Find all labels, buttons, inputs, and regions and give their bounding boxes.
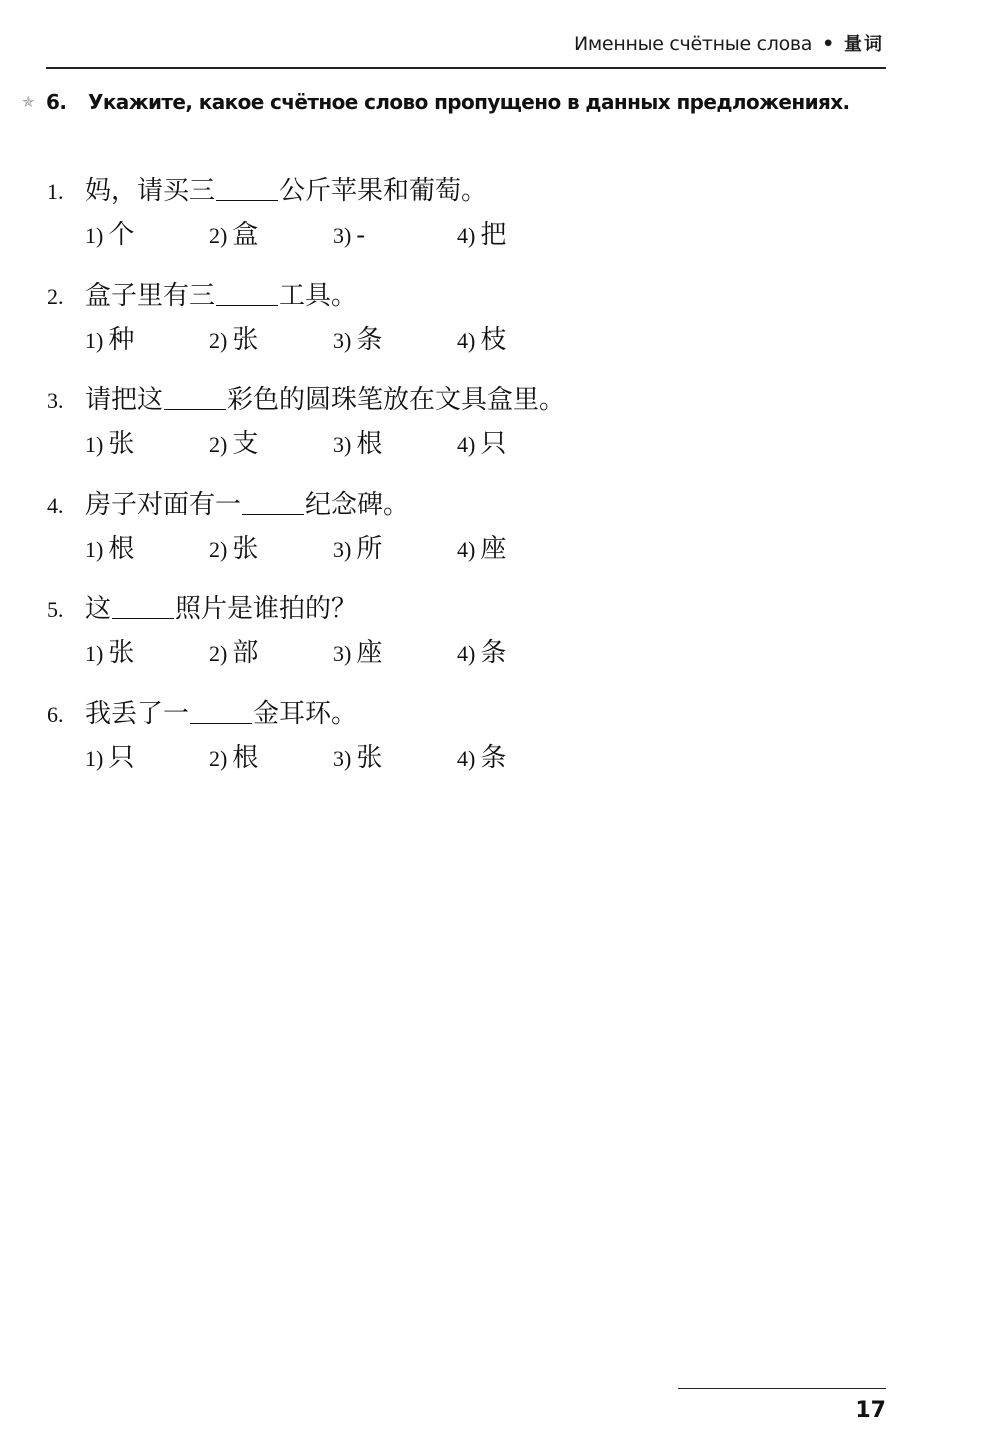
answer-option[interactable]: 3)根	[333, 424, 457, 465]
option-text: 条	[356, 325, 382, 354]
option-text: 所	[356, 534, 382, 563]
question-number: 2.	[47, 276, 85, 318]
question-item: 6.我丢了一金耳环。 1)只 2)根 3)张 4)条	[47, 693, 847, 798]
option-number: 3)	[333, 641, 351, 666]
question-list: 1.妈，请买三公斤苹果和葡萄。 1)个 2)盒 3)- 4)把 2.盒子里有三工…	[47, 170, 847, 798]
answer-option[interactable]: 3)所	[333, 529, 457, 570]
question-item: 3.请把这彩色的圆珠笔放在文具盒里。 1)张 2)支 3)根 4)只	[47, 379, 847, 484]
option-number: 4)	[457, 223, 475, 248]
question-number: 3.	[47, 380, 85, 422]
answer-option[interactable]: 3)条	[333, 320, 457, 361]
answer-options: 1)张 2)支 3)根 4)只	[47, 424, 847, 465]
answer-blank[interactable]	[216, 174, 278, 201]
option-number: 4)	[457, 537, 475, 562]
answer-blank[interactable]	[164, 383, 226, 410]
sentence-after-blank: 公斤苹果和葡萄。	[279, 176, 487, 205]
exercise-number: 6.	[46, 90, 88, 114]
option-number: 3)	[333, 223, 351, 248]
option-text: 只	[480, 429, 506, 458]
option-text: 枝	[480, 325, 506, 354]
option-number: 2)	[209, 328, 227, 353]
sentence-after-blank: 彩色的圆珠笔放在文具盒里。	[227, 385, 565, 414]
answer-option[interactable]: 2)根	[209, 738, 333, 779]
question-item: 1.妈，请买三公斤苹果和葡萄。 1)个 2)盒 3)- 4)把	[47, 170, 847, 275]
answer-option[interactable]: 4)条	[457, 633, 581, 674]
option-text: -	[356, 220, 365, 249]
question-number: 4.	[47, 485, 85, 527]
answer-options: 1)个 2)盒 3)- 4)把	[47, 215, 847, 256]
option-text: 根	[232, 743, 258, 772]
answer-option[interactable]: 1)根	[85, 529, 209, 570]
running-header: Именные счётные слова•量词	[0, 30, 884, 56]
sentence-before-blank: 我丢了一	[85, 699, 189, 728]
page-number: 17	[800, 1398, 886, 1423]
answer-options: 1)根 2)张 3)所 4)座	[47, 529, 847, 570]
option-text: 座	[480, 534, 506, 563]
question-item: 5.这照片是谁拍的？ 1)张 2)部 3)座 4)条	[47, 588, 847, 693]
star-icon: ✯	[22, 93, 40, 111]
sentence-before-blank: 妈，请买三	[85, 176, 215, 205]
answer-option[interactable]: 2)支	[209, 424, 333, 465]
exercise-heading: ✯6.Укажите, какое счётное слово пропущен…	[22, 90, 922, 114]
sentence-before-blank: 请把这	[85, 385, 163, 414]
option-text: 部	[232, 638, 258, 667]
option-text: 盒	[232, 220, 258, 249]
question-item: 4.房子对面有一纪念碑。 1)根 2)张 3)所 4)座	[47, 484, 847, 589]
option-number: 1)	[85, 746, 103, 771]
header-divider	[46, 67, 886, 69]
option-number: 3)	[333, 328, 351, 353]
option-text: 条	[480, 743, 506, 772]
question-sentence: 4.房子对面有一纪念碑。	[47, 484, 847, 527]
answer-option[interactable]: 2)盒	[209, 215, 333, 256]
option-number: 4)	[457, 328, 475, 353]
answer-option[interactable]: 4)把	[457, 215, 581, 256]
option-number: 1)	[85, 328, 103, 353]
answer-blank[interactable]	[190, 697, 252, 724]
option-text: 张	[232, 534, 258, 563]
option-number: 1)	[85, 537, 103, 562]
header-separator: •	[822, 33, 834, 55]
exercise-instruction: Укажите, какое счётное слово пропущено в…	[88, 90, 850, 114]
answer-option[interactable]: 4)座	[457, 529, 581, 570]
option-number: 2)	[209, 223, 227, 248]
option-number: 1)	[85, 432, 103, 457]
option-number: 2)	[209, 746, 227, 771]
option-number: 1)	[85, 641, 103, 666]
sentence-before-blank: 房子对面有一	[85, 490, 241, 519]
option-text: 根	[356, 429, 382, 458]
answer-option[interactable]: 4)只	[457, 424, 581, 465]
sentence-after-blank: 纪念碑。	[305, 490, 409, 519]
sentence-before-blank: 这	[85, 594, 111, 623]
option-number: 3)	[333, 537, 351, 562]
question-sentence: 2.盒子里有三工具。	[47, 275, 847, 318]
option-text: 把	[480, 220, 506, 249]
option-number: 4)	[457, 432, 475, 457]
option-text: 张	[232, 325, 258, 354]
question-number: 1.	[47, 171, 85, 213]
answer-options: 1)种 2)张 3)条 4)枝	[47, 320, 847, 361]
answer-blank[interactable]	[112, 592, 174, 619]
answer-option[interactable]: 4)枝	[457, 320, 581, 361]
answer-option[interactable]: 3)-	[333, 215, 457, 256]
option-text: 种	[108, 325, 134, 354]
answer-options: 1)张 2)部 3)座 4)条	[47, 633, 847, 674]
sentence-before-blank: 盒子里有三	[85, 281, 215, 310]
question-number: 6.	[47, 694, 85, 736]
option-text: 个	[108, 220, 134, 249]
question-sentence: 6.我丢了一金耳环。	[47, 693, 847, 736]
answer-option[interactable]: 1)张	[85, 424, 209, 465]
answer-blank[interactable]	[242, 488, 304, 515]
option-number: 3)	[333, 746, 351, 771]
option-number: 4)	[457, 746, 475, 771]
option-number: 2)	[209, 537, 227, 562]
answer-option[interactable]: 1)种	[85, 320, 209, 361]
option-text: 张	[108, 429, 134, 458]
answer-option[interactable]: 2)张	[209, 529, 333, 570]
option-number: 4)	[457, 641, 475, 666]
question-sentence: 1.妈，请买三公斤苹果和葡萄。	[47, 170, 847, 213]
sentence-after-blank: 金耳环。	[253, 699, 357, 728]
answer-option[interactable]: 3)张	[333, 738, 457, 779]
answer-option[interactable]: 1)个	[85, 215, 209, 256]
sentence-after-blank: 工具。	[279, 281, 357, 310]
option-text: 条	[480, 638, 506, 667]
option-text: 张	[356, 743, 382, 772]
option-number: 2)	[209, 432, 227, 457]
sentence-after-blank: 照片是谁拍的？	[175, 594, 357, 623]
answer-option[interactable]: 2)部	[209, 633, 333, 674]
answer-option[interactable]: 3)座	[333, 633, 457, 674]
option-number: 2)	[209, 641, 227, 666]
option-text: 只	[108, 743, 134, 772]
question-sentence: 3.请把这彩色的圆珠笔放在文具盒里。	[47, 379, 847, 422]
option-number: 1)	[85, 223, 103, 248]
question-item: 2.盒子里有三工具。 1)种 2)张 3)条 4)枝	[47, 275, 847, 380]
answer-option[interactable]: 1)张	[85, 633, 209, 674]
answer-options: 1)只 2)根 3)张 4)条	[47, 738, 847, 779]
option-text: 张	[108, 638, 134, 667]
option-number: 3)	[333, 432, 351, 457]
answer-option[interactable]: 4)条	[457, 738, 581, 779]
section-title-chinese: 量词	[844, 34, 884, 55]
option-text: 支	[232, 429, 258, 458]
answer-blank[interactable]	[216, 279, 278, 306]
section-title: Именные счётные слова	[574, 33, 812, 55]
footer-divider	[678, 1388, 886, 1389]
answer-option[interactable]: 1)只	[85, 738, 209, 779]
answer-option[interactable]: 2)张	[209, 320, 333, 361]
option-text: 根	[108, 534, 134, 563]
option-text: 座	[356, 638, 382, 667]
question-sentence: 5.这照片是谁拍的？	[47, 588, 847, 631]
question-number: 5.	[47, 589, 85, 631]
